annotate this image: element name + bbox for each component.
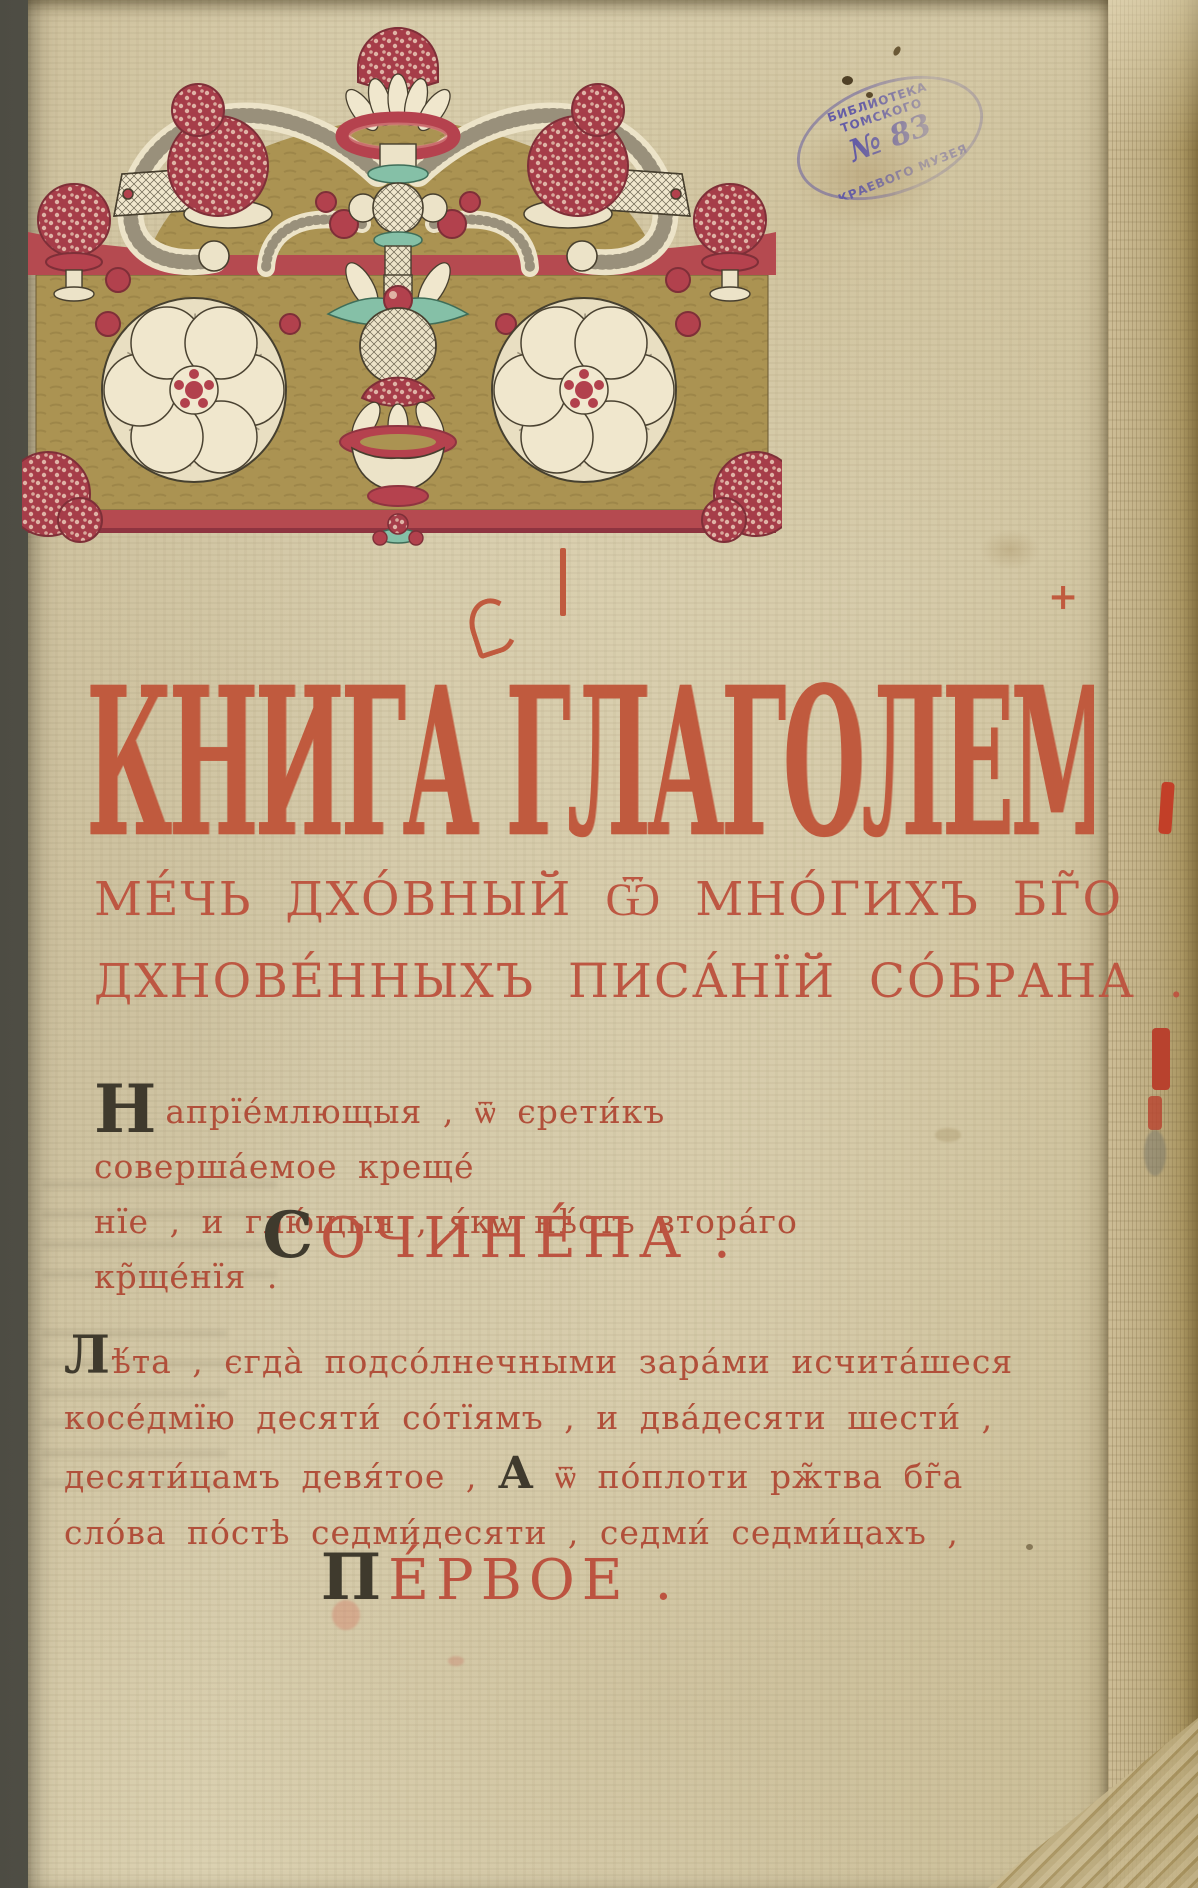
heading-period: . (688, 1206, 738, 1271)
date-line-3-initial: А (498, 1448, 535, 1499)
rosette-medallion-left (102, 298, 286, 482)
heading-sochinena: СОЧИНЕ́НА . (150, 1198, 850, 1273)
vyaz-superscript-mark (560, 548, 566, 616)
vyaz-title-band: КНИГА ГЛАГОЛЕМАЯ (86, 660, 1094, 866)
paragraph-line-1: апрїе́млющыя , ѿ єрети́къ соверша́емое к… (94, 1092, 665, 1186)
faint-stain (935, 1128, 961, 1142)
heading-pervoe: ПЕ́РВОЕ . (150, 1540, 850, 1615)
red-pigment-smudge (448, 1656, 464, 1666)
paragraph-dropcap: Н (94, 1084, 157, 1134)
subtitle-line-2: ДХНОВЕ́ННЫХЪ ПИСА́НЇЙ СО́БРАНА . (94, 954, 1186, 1009)
manuscript-scan: БИБЛИОТЕКА ТОМСКОГО № 83 КРАЕВОГО МУЗЕЯ (0, 0, 1198, 1888)
headpiece-ornament (22, 24, 782, 546)
rosette-medallion-right (492, 298, 676, 482)
book-fore-edge (1108, 0, 1198, 1888)
paragraph-dropcap: Л (64, 1325, 111, 1386)
ink-speck (842, 76, 853, 85)
fore-edge-red-mark (1148, 1096, 1162, 1130)
date-line-3a: десяти́цамъ девя́тое , (64, 1457, 498, 1496)
date-line-1: ѣ́та , єгда̀ подсо́лнечными зара́ми исчи… (111, 1342, 1013, 1381)
heading-initial: С (262, 1198, 320, 1273)
faint-stain (980, 530, 1040, 570)
fore-edge-red-mark (1152, 1028, 1170, 1090)
heading-rest: ОЧИНЕ́НА (320, 1206, 688, 1271)
subtitle-line-1: МЕ́ЧЬ ДХО́ВНЫЙ Ѿ МНО́ГИХЪ БГ̃О (94, 872, 1123, 927)
fore-edge-gray-mark (1144, 1130, 1166, 1176)
date-line-3b: ѿ по́плоти рж̃тва бг̃а (535, 1457, 964, 1496)
heading-initial: П (321, 1540, 388, 1615)
paragraph-date: Лѣ́та , єгда̀ подсо́лнечными зара́ми исч… (64, 1328, 1064, 1561)
heading-period: . (630, 1548, 680, 1613)
heading-rest: Е́РВОЕ (388, 1548, 630, 1613)
vyaz-superscript-cross: + (1048, 576, 1078, 618)
date-line-2: косе́дмїю десяти́ со́тїямъ , и два́десят… (64, 1398, 993, 1437)
vyaz-title-text: КНИГА ГЛАГОЛЕМАЯ (86, 660, 1044, 865)
